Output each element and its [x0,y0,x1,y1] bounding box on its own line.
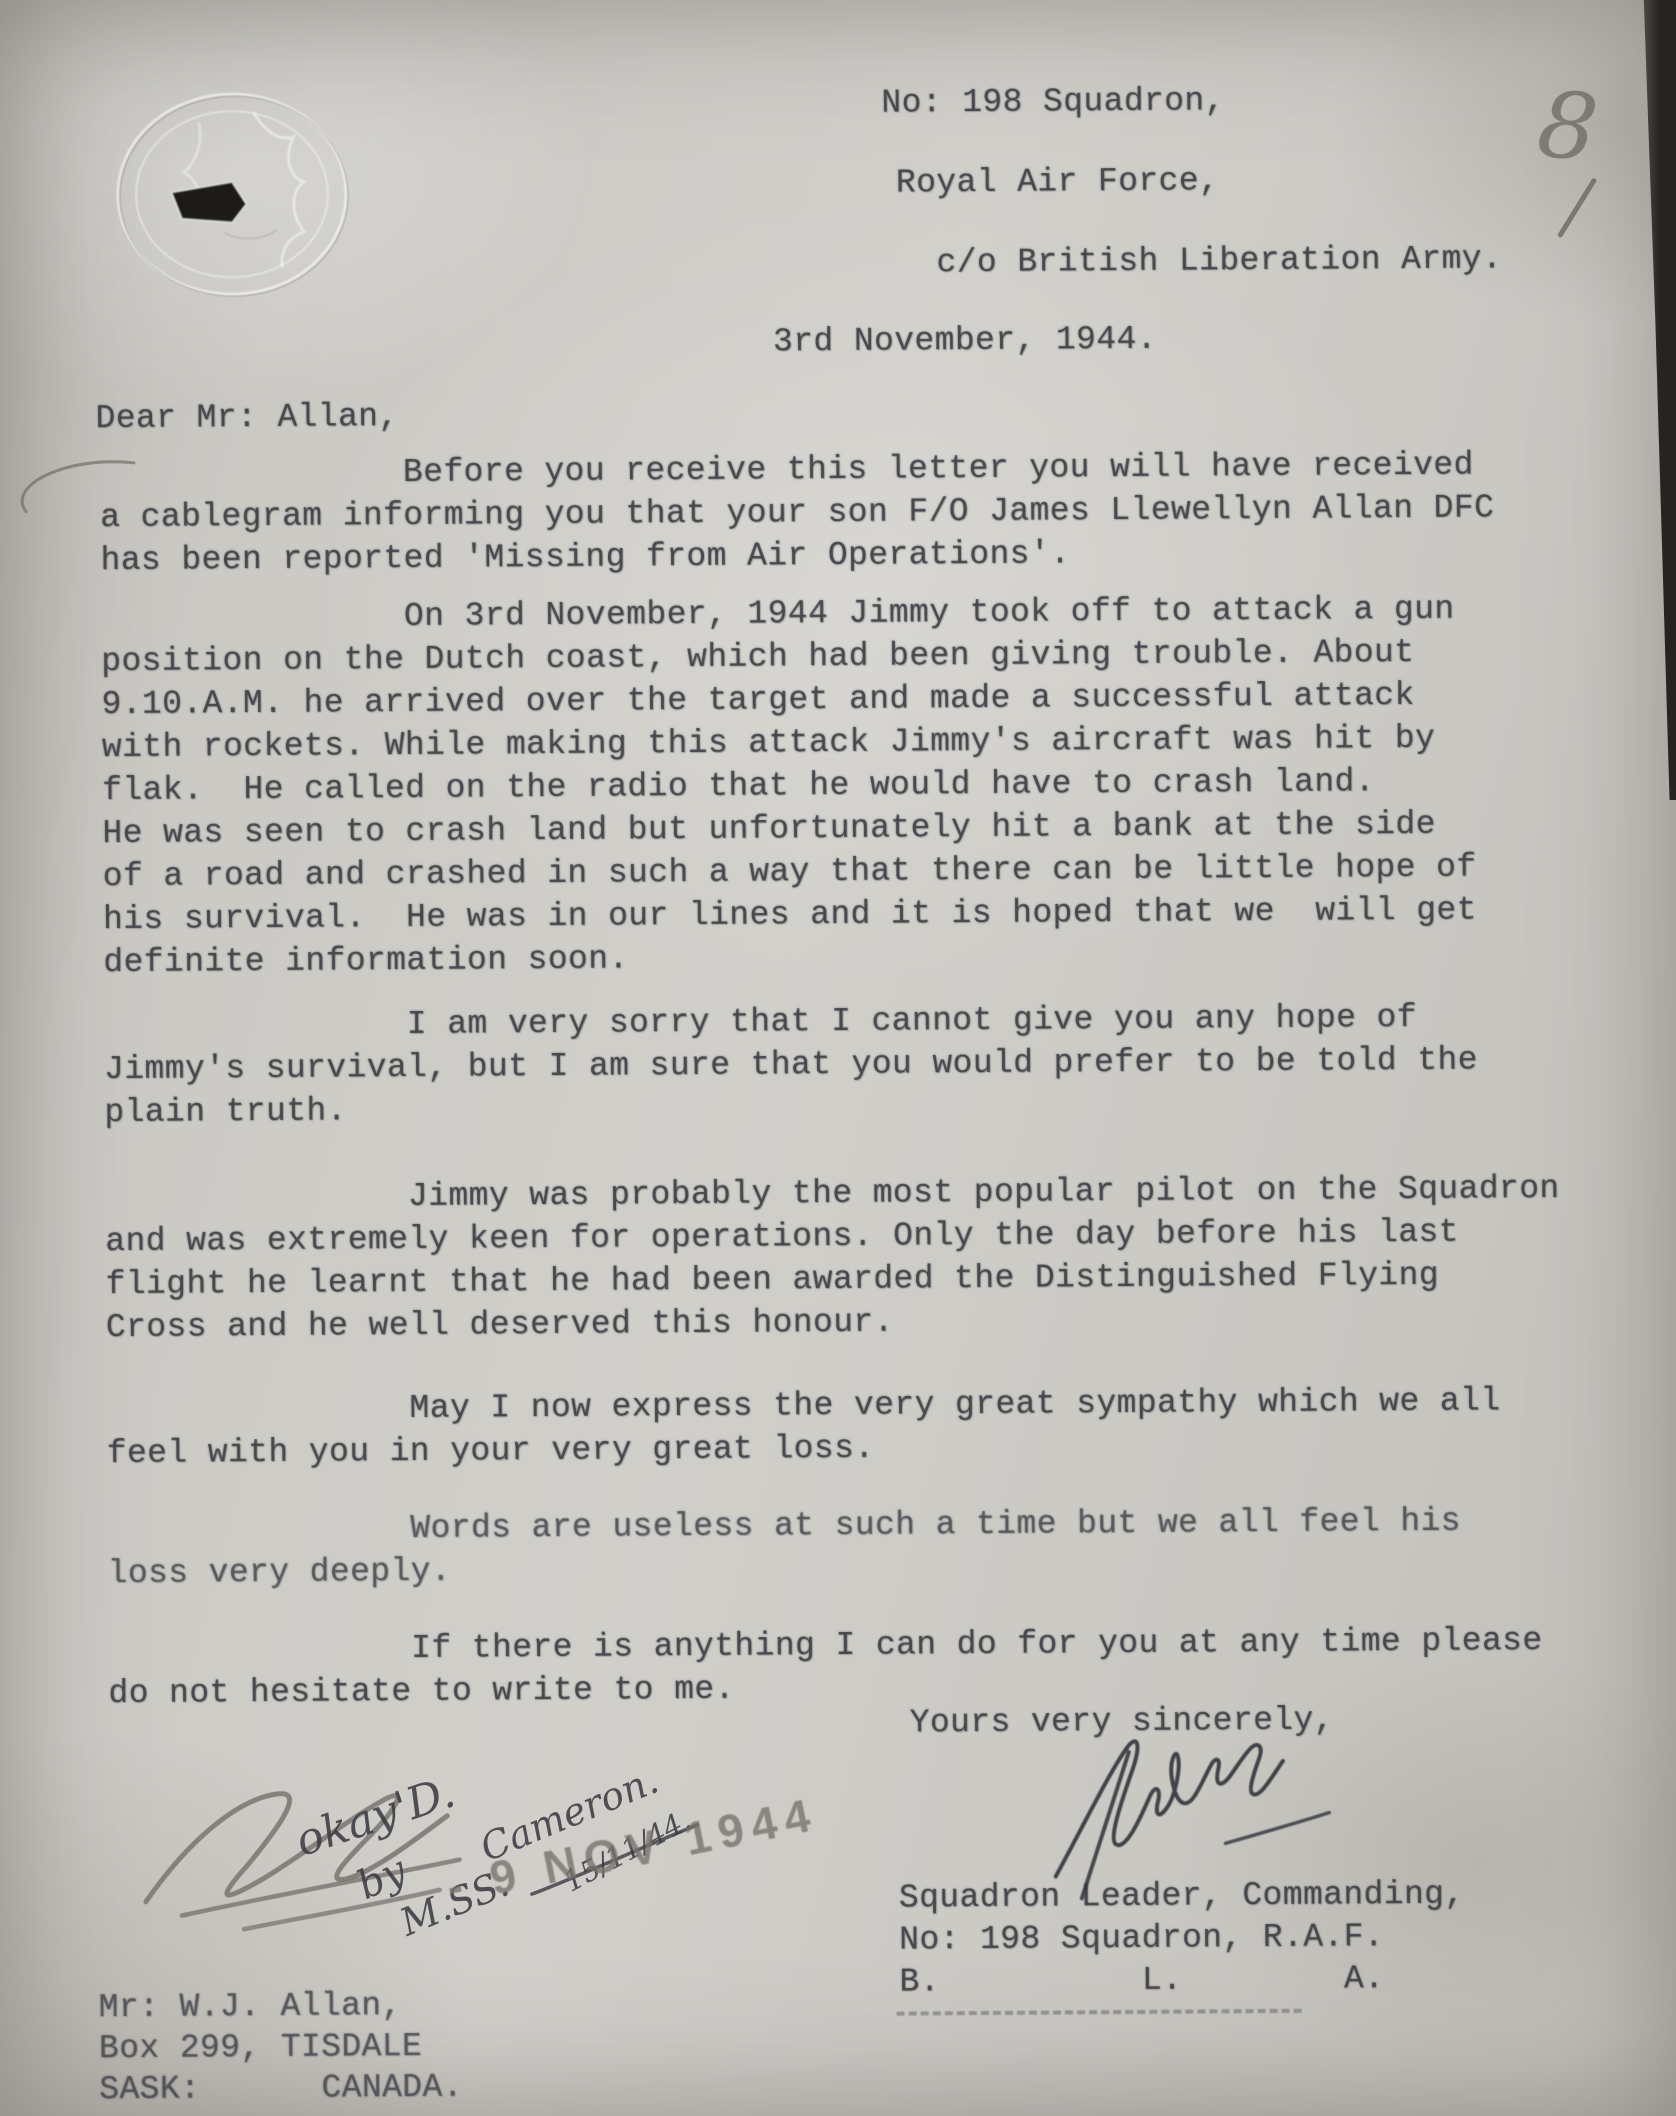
page-number-annotation: 8 [1533,70,1603,183]
header-care-of: c/o British Liberation Army. [936,237,1502,284]
header-unit: No: 198 Squadron, [881,79,1225,124]
page-number-slash-mark [1552,173,1612,243]
paragraph-5: May I now express the very great sympath… [106,1379,1501,1475]
torn-hole [172,182,246,223]
embossed-seal [103,81,375,313]
paragraph-1: Before you receive this letter you will … [100,443,1495,582]
salutation: Dear Mr: Allan, [95,395,398,440]
header-date: 3rd November, 1944. [773,318,1157,364]
paragraph-3: I am very sorry that I cannot give you a… [104,996,1479,1135]
recipient-address: Mr: W.J. Allan, Box 299, TISDALE SASK: C… [98,1985,463,2111]
paragraph-6: Words are useless at such a time but we … [107,1500,1461,1595]
letter-content: No: 198 Squadron, Royal Air Force, c/o B… [0,0,1676,2116]
paragraph-2: On 3rd November, 1944 Jimmy took off to … [101,588,1477,985]
paragraph-4: Jimmy was probably the most popular pilo… [105,1167,1561,1349]
letter-page: No: 198 Squadron, Royal Air Force, c/o B… [0,0,1676,2116]
header-service: Royal Air Force, [896,159,1220,204]
signoff-block: Squadron Leader, Commanding, No: 198 Squ… [899,1874,1466,2004]
signoff-underline [897,2009,1302,2016]
